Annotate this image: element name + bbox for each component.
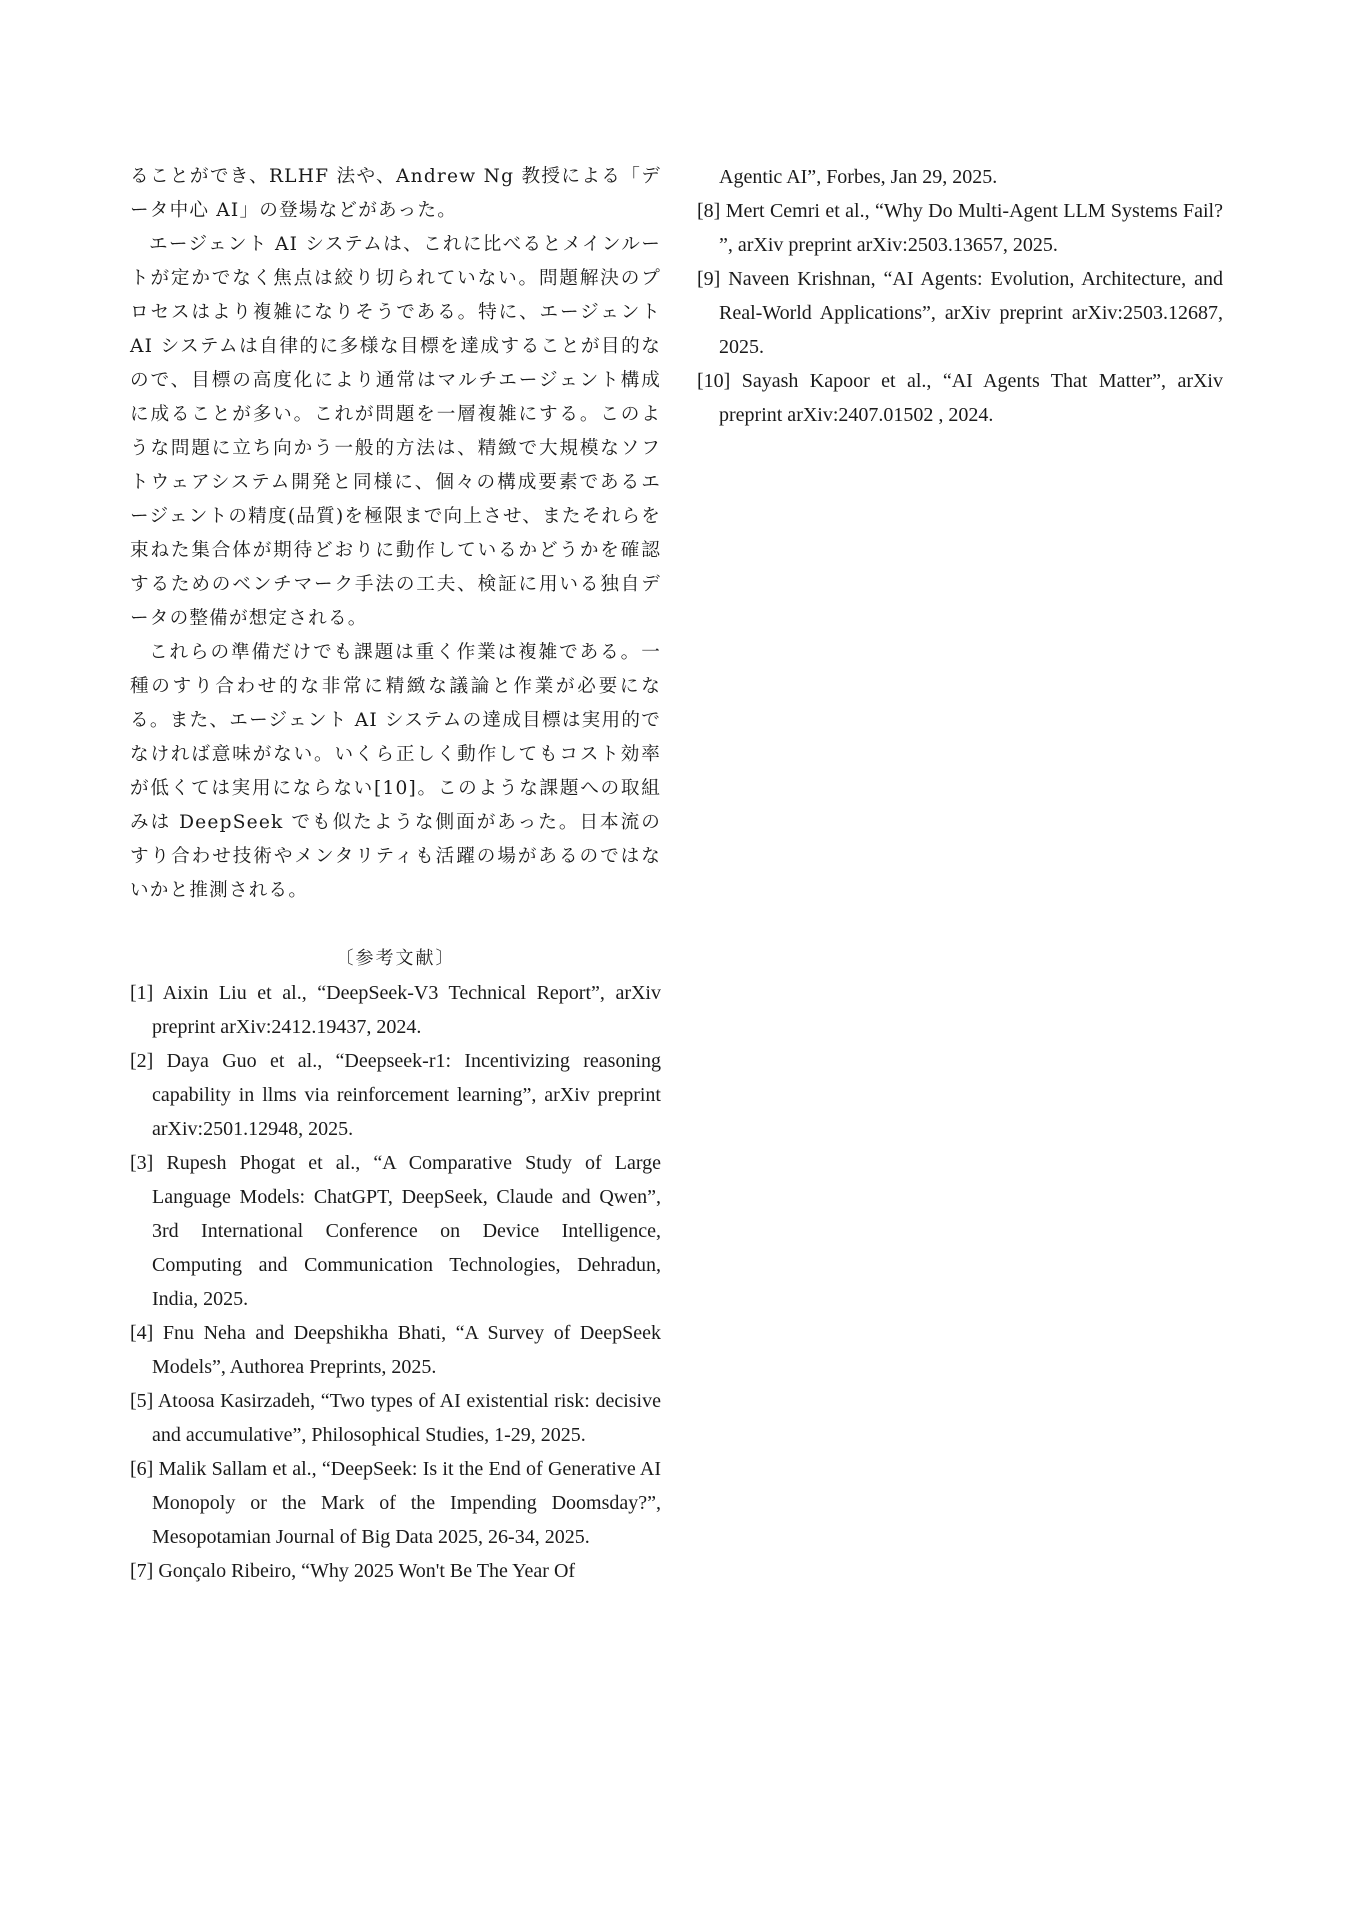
reference-item: [5] Atoosa Kasirzadeh, “Two types of AI …: [130, 1384, 661, 1452]
reference-item: [2] Daya Guo et al., “Deepseek-r1: Incen…: [130, 1044, 661, 1146]
reference-item: [9] Naveen Krishnan, “AI Agents: Evoluti…: [697, 262, 1223, 364]
reference-item: [3] Rupesh Phogat et al., “A Comparative…: [130, 1146, 661, 1316]
body-paragraph: エージェント AI システムは、これに比べるとメインルートが定かでなく焦点は絞り…: [130, 228, 661, 636]
reference-item: [8] Mert Cemri et al., “Why Do Multi-Age…: [697, 194, 1223, 262]
references-heading: 〔参考文献〕: [130, 942, 661, 976]
reference-item-continuation: Agentic AI”, Forbes, Jan 29, 2025.: [697, 160, 1223, 194]
reference-item: [1] Aixin Liu et al., “DeepSeek-V3 Techn…: [130, 976, 661, 1044]
body-paragraph: これらの準備だけでも課題は重く作業は複雑である。一種のすり合わせ的な非常に精緻な…: [130, 636, 661, 908]
reference-item: [6] Malik Sallam et al., “DeepSeek: Is i…: [130, 1452, 661, 1554]
reference-item: [10] Sayash Kapoor et al., “AI Agents Th…: [697, 364, 1223, 432]
reference-item: [7] Gonçalo Ribeiro, “Why 2025 Won't Be …: [130, 1554, 661, 1588]
body-paragraph: ることができ、RLHF 法や、Andrew Ng 教授による「データ中心 AI」…: [130, 160, 661, 228]
left-column: ることができ、RLHF 法や、Andrew Ng 教授による「データ中心 AI」…: [130, 160, 661, 1588]
reference-item: [4] Fnu Neha and Deepshikha Bhati, “A Su…: [130, 1316, 661, 1384]
right-column: Agentic AI”, Forbes, Jan 29, 2025. [8] M…: [697, 160, 1223, 432]
